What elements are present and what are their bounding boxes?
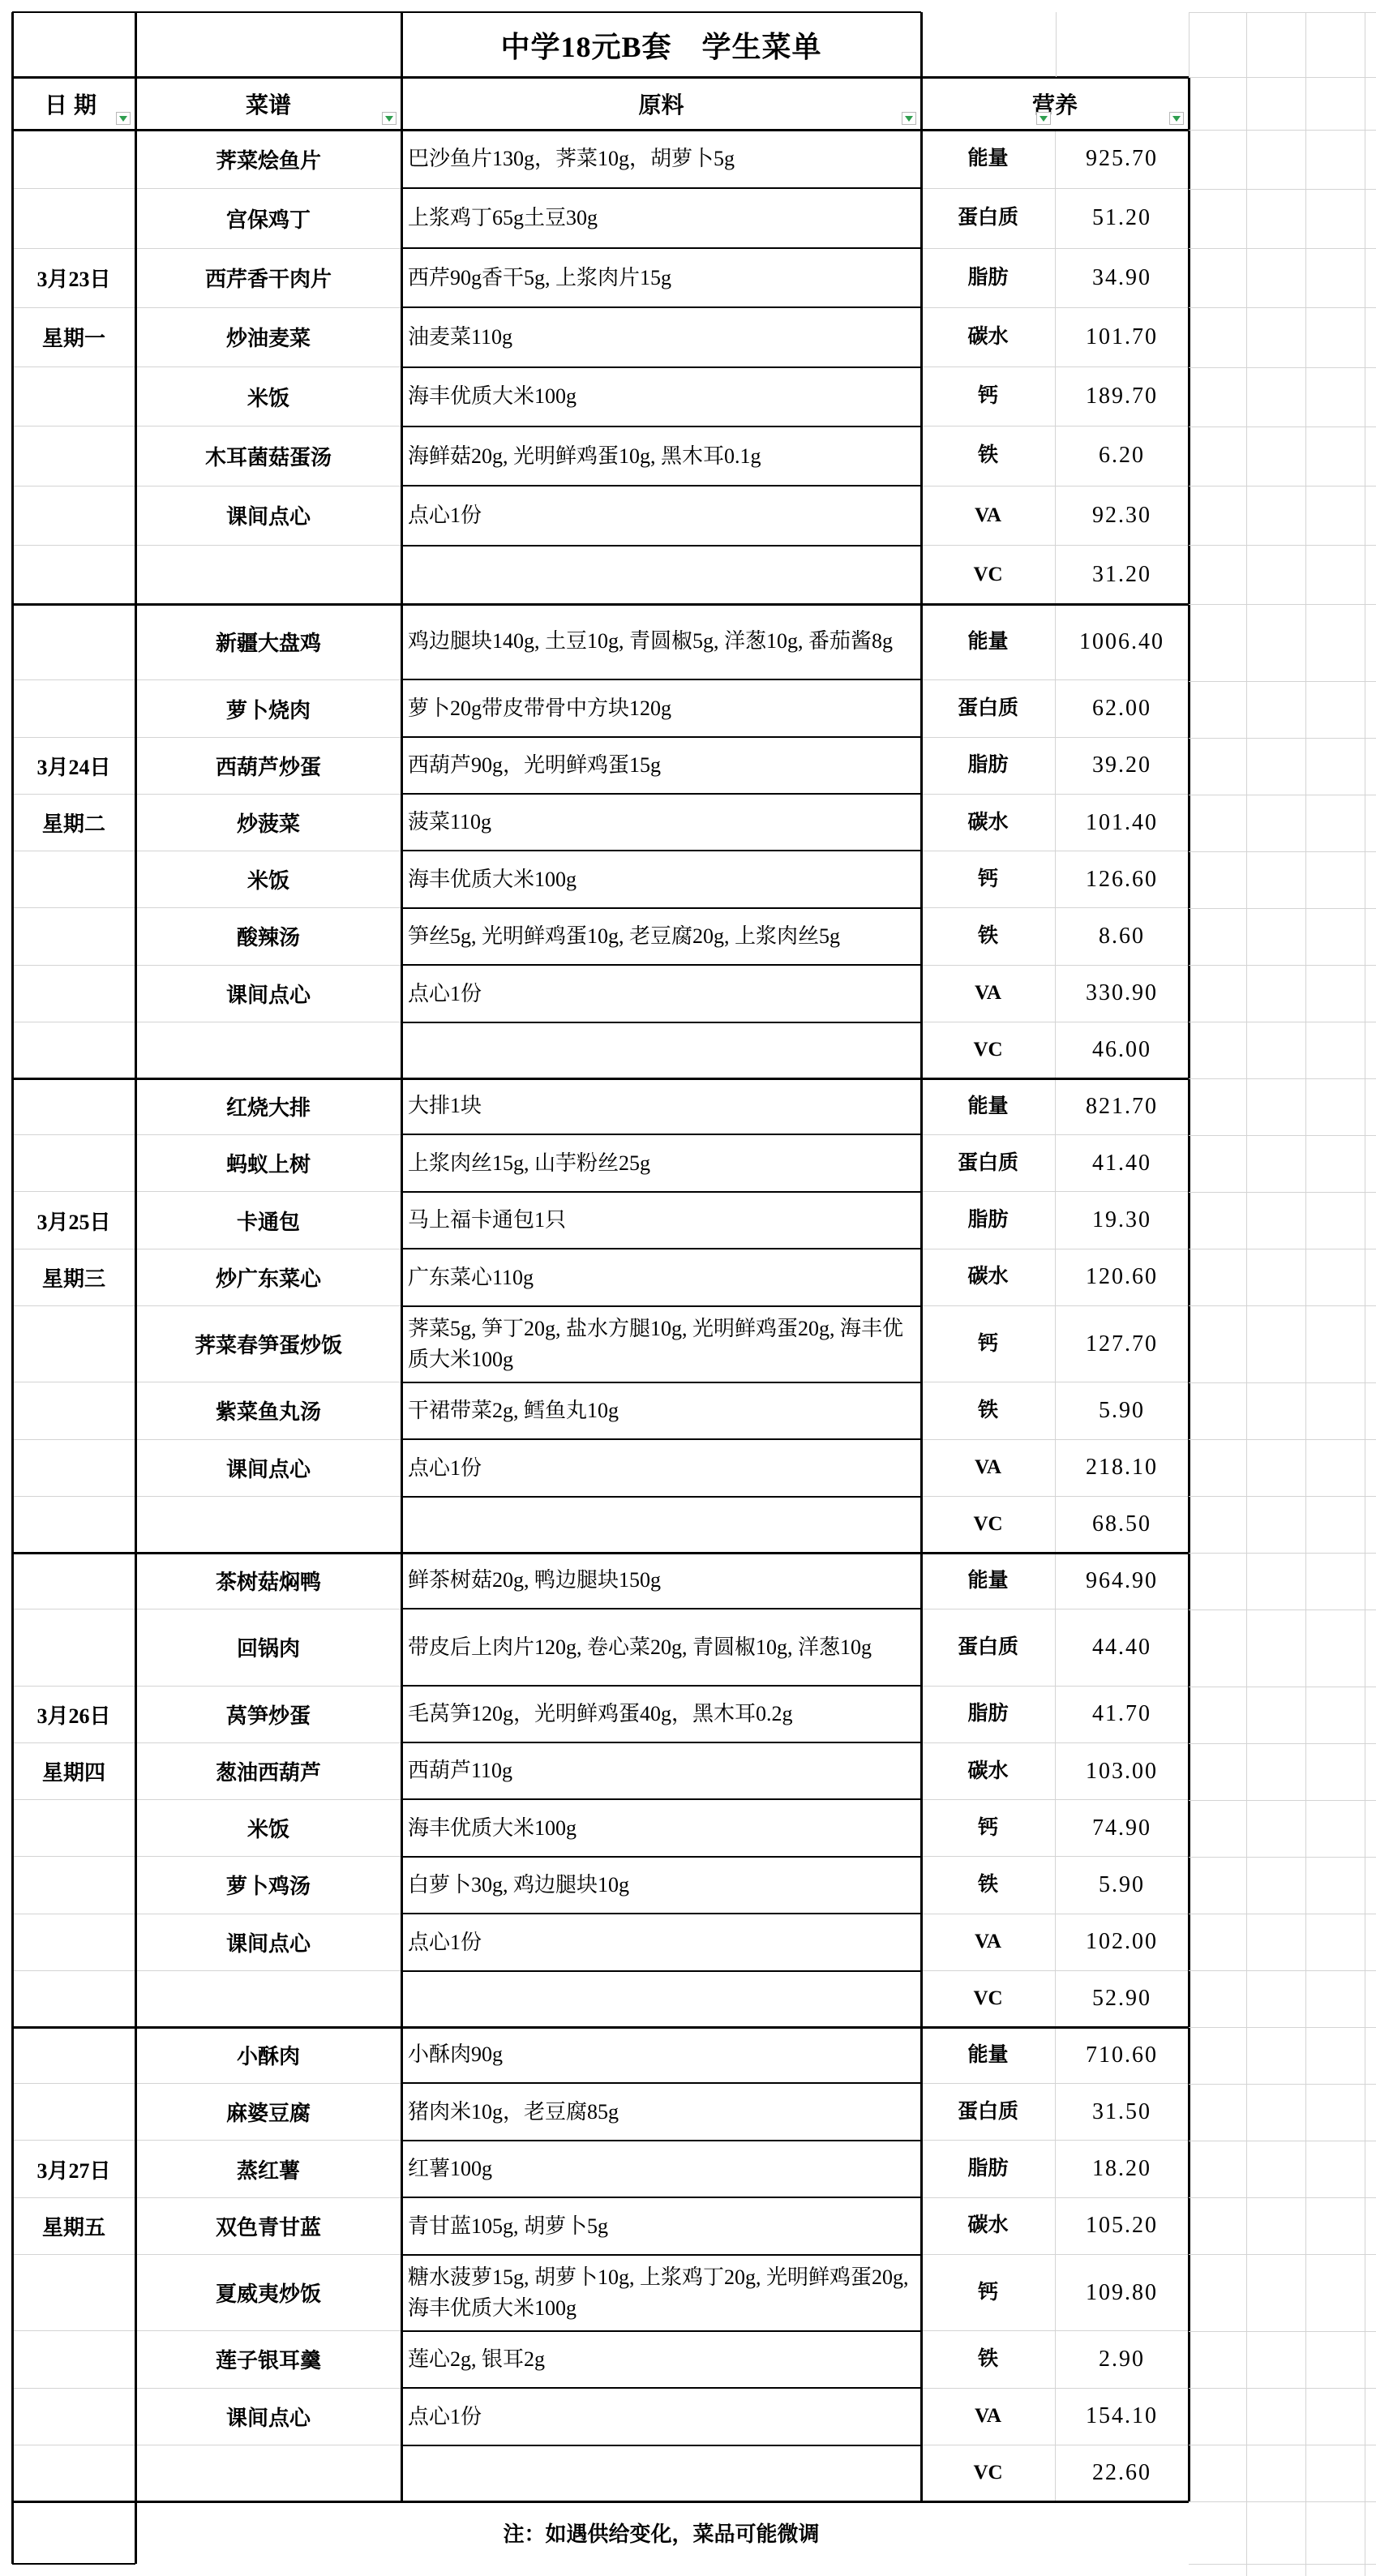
ingredient-cell: 毛莴笋120g，光明鲜鸡蛋40g，黑木耳0.2g [401,1685,921,1742]
date-cell [12,1022,135,1078]
nutrient-label-cell: 碳水（g） [921,2197,1055,2254]
filter-button-nutrition-label[interactable] [1036,112,1051,125]
ingredient-cell: 猪肉米10g，老豆腐85g [401,2082,921,2139]
nutrient-label-cell: 脂肪（g） [921,248,1055,307]
nutrient-value-cell: 120.60 [1056,1249,1188,1305]
dish-cell: 炒油麦菜 [135,307,401,366]
nutrient-value-cell: 31.50 [1056,2083,1188,2140]
nutrient-value-cell: 41.40 [1056,1134,1188,1191]
grid-line-h [1189,681,1376,682]
ingredient-cell: 干裙带菜2g, 鳕鱼丸10g [401,1382,921,1438]
nutrient-value-cell: 39.20 [1056,737,1188,794]
grid-line-h [1189,1249,1376,1249]
nutrient-value-cell: 101.70 [1056,307,1188,366]
date-cell [12,965,135,1022]
dish-cell: 课间点心 [135,1439,401,1496]
date-cell: 星期三 [12,1249,135,1305]
nutrient-label-cell: 蛋白质（g） [921,1609,1055,1685]
date-cell [12,1382,135,1438]
dish-cell: 炒菠菜 [135,794,401,851]
ingredient-cell: 荠菜5g, 笋丁20g, 盐水方腿10g, 光明鲜鸡蛋20g, 海丰优质大米10… [401,1305,921,1382]
dish-cell: 回锅肉 [135,1609,401,1685]
date-cell [12,1078,135,1134]
ingredient-cell: 海鲜菇20g, 光明鲜鸡蛋10g, 黑木耳0.1g [401,426,921,485]
dish-cell [135,545,401,604]
nutrient-label-cell: 碳水（g） [921,794,1055,851]
grid-line-h [1189,12,1376,13]
date-cell [12,1970,135,2027]
ingredient-cell: 鲜茶树菇20g, 鸭边腿块150g [401,1553,921,1608]
grid-line-h [12,2501,1189,2503]
ingredient-cell: 海丰优质大米100g [401,366,921,426]
grid-line-h [1189,77,1376,78]
day-block: 3月26日星期四茶树菇焖鸭回锅肉莴笋炒蛋葱油西葫芦米饭萝卜鸡汤课间点心鲜茶树菇2… [12,1553,1189,2027]
nutrient-label-cell: 钙（mg） [921,851,1055,907]
filter-button-date[interactable] [116,112,131,125]
ingredient-cell: 广东菜心110g [401,1248,921,1305]
grid-line-h [1189,1439,1376,1440]
column-header-menu: 菜谱 [135,77,401,130]
nutrient-value-cell: 31.20 [1056,545,1188,604]
ingredient-cell: 上浆肉丝15g, 山芋粉丝25g [401,1134,921,1190]
nutrient-label-cell: VA（μg） [921,486,1055,545]
nutrient-value-cell: 5.90 [1056,1856,1188,1913]
grid-line-h [1189,851,1376,852]
grid-line-h [1189,1496,1376,1497]
ingredient-cell: 油麦菜110g [401,306,921,366]
ingredient-cell: 莲心2g, 银耳2g [401,2330,921,2387]
dish-cell [135,1970,401,2027]
dish-cell: 卡通包 [135,1191,401,1248]
ingredient-cell: 海丰优质大米100g [401,850,921,907]
nutrient-label-cell: 铁（mg） [921,1856,1055,1913]
dish-cell [135,2445,401,2501]
nutrient-label-cell: 蛋白质（g） [921,188,1055,247]
date-cell [12,1496,135,1553]
grid-line-h [12,1078,1189,1080]
menu-day-blocks: 3月23日星期一荠菜烩鱼片宫保鸡丁西芹香干肉片炒油麦菜米饭木耳菌菇蛋汤课间点心巴… [12,130,1189,2501]
ingredient-cell: 西葫芦90g，光明鲜鸡蛋15g [401,736,921,793]
ingredient-cell: 带皮后上肉片120g, 卷心菜20g, 青圆椒10g, 洋葱10g [401,1608,921,1684]
grid-line-h [1189,1192,1376,1193]
date-cell: 3月27日 [12,2140,135,2197]
ingredient-cell [401,1022,921,1078]
grid-line-v [920,12,923,2501]
dish-cell: 新疆大盘鸡 [135,604,401,679]
date-cell: 星期四 [12,1742,135,1799]
date-cell: 3月23日 [12,248,135,307]
ingredient-cell [401,545,921,604]
dish-cell: 米饭 [135,851,401,907]
ingredient-cell: 点心1份 [401,485,921,544]
nutrient-value-cell: 964.90 [1056,1553,1188,1609]
dish-cell: 米饭 [135,366,401,426]
dish-cell: 小酥肉 [135,2027,401,2083]
nutrient-label-cell: VA（μg） [921,1439,1055,1496]
nutrient-label-cell: VA（μg） [921,2388,1055,2445]
dish-cell: 宫保鸡丁 [135,188,401,247]
date-cell [12,1856,135,1913]
nutrient-value-cell: 41.70 [1056,1686,1188,1742]
dish-cell: 萝卜烧肉 [135,679,401,736]
dish-cell: 蚂蚁上树 [135,1134,401,1191]
grid-line-h [1189,1800,1376,1801]
grid-line-h [12,11,921,13]
nutrient-label-cell: VA（μg） [921,965,1055,1022]
ingredient-cell [401,1496,921,1553]
day-block: 3月24日星期二新疆大盘鸡萝卜烧肉西葫芦炒蛋炒菠菜米饭酸辣汤课间点心鸡边腿块14… [12,604,1189,1078]
nutrient-value-cell: 154.10 [1056,2388,1188,2445]
dish-cell: 课间点心 [135,965,401,1022]
dish-cell: 蒸红薯 [135,2140,401,2197]
nutrient-value-cell: 102.00 [1056,1914,1188,1970]
filter-button-ingredients[interactable] [902,112,916,125]
nutrient-value-cell: 330.90 [1056,965,1188,1022]
grid-line-h [12,129,1189,131]
nutrient-value-cell: 218.10 [1056,1439,1188,1496]
grid-line-h [12,2563,135,2565]
nutrient-value-cell: 44.40 [1056,1609,1188,1685]
date-cell [12,1134,135,1191]
date-cell: 3月24日 [12,737,135,794]
date-cell [12,1305,135,1382]
dish-cell: 紫菜鱼丸汤 [135,1382,401,1438]
date-cell [12,604,135,679]
ingredient-cell: 鸡边腿块140g, 土豆10g, 青圆椒5g, 洋葱10g, 番茄酱8g [401,604,921,679]
ingredient-cell: 点心1份 [401,964,921,1021]
date-cell [12,1553,135,1609]
grid-line-h [1189,1609,1376,1610]
nutrient-label-cell: 碳水（g） [921,1249,1055,1305]
grid-line-h [1189,248,1376,249]
nutrient-value-cell: 92.30 [1056,486,1188,545]
filter-button-menu[interactable] [382,112,397,125]
ingredient-cell: 红薯100g [401,2140,921,2197]
nutrient-value-cell: 6.20 [1056,426,1188,485]
nutrient-value-cell: 8.60 [1056,907,1188,964]
nutrient-label-cell: VC（mg） [921,1022,1055,1078]
nutrient-label-cell: 蛋白质（g） [921,1134,1055,1191]
dish-cell: 麻婆豆腐 [135,2083,401,2140]
filter-arrow-icon [1172,116,1181,122]
grid-line-v [401,12,403,2501]
nutrient-label-cell: 铁（mg） [921,1382,1055,1438]
nutrient-value-cell: 18.20 [1056,2140,1188,2197]
nutrient-label-cell: 蛋白质（g） [921,679,1055,736]
nutrient-value-cell: 710.60 [1056,2027,1188,2083]
grid-line-v [1246,12,1247,2576]
grid-line-v [1305,12,1306,2576]
nutrient-label-cell: 脂肪（g） [921,737,1055,794]
ingredient-cell: 点心1份 [401,1913,921,1970]
date-cell [12,1914,135,1970]
nutrient-value-cell: 821.70 [1056,1078,1188,1134]
date-cell [12,679,135,736]
grid-line-h [1189,2445,1376,2445]
date-cell: 3月26日 [12,1686,135,1742]
ingredient-cell: 萝卜20g带皮带骨中方块120g [401,679,921,735]
grid-line-h [12,76,1189,79]
nutrient-value-cell: 51.20 [1056,188,1188,247]
grid-line-h [1189,738,1376,739]
nutrient-value-cell: 74.90 [1056,1799,1188,1856]
ingredient-cell: 笋丝5g, 光明鲜鸡蛋10g, 老豆腐20g, 上浆肉丝5g [401,907,921,964]
nutrient-label-cell: 脂肪（g） [921,1191,1055,1248]
grid-line-h [1189,2388,1376,2389]
nutrient-label-cell: 钙（mg） [921,1305,1055,1382]
nutrient-label-cell: VA（μg） [921,1914,1055,1970]
dish-cell: 夏威夷炒饭 [135,2254,401,2330]
date-cell [12,1439,135,1496]
filter-arrow-icon [1040,116,1048,122]
grid-line-h [1189,1687,1376,1687]
dish-cell: 萝卜鸡汤 [135,1856,401,1913]
filter-arrow-icon [905,116,913,122]
grid-line-h [1189,189,1376,190]
ingredient-cell: 点心1份 [401,2387,921,2444]
dish-cell [135,1496,401,1553]
date-cell [12,366,135,426]
ingredient-cell: 菠菜110g [401,793,921,850]
date-cell: 星期二 [12,794,135,851]
nutrient-label-cell: 脂肪（g） [921,2140,1055,2197]
grid-line-h [1189,2564,1376,2565]
date-cell [12,188,135,247]
dish-cell: 课间点心 [135,2388,401,2445]
dish-cell: 双色青甘蓝 [135,2197,401,2254]
nutrient-label-cell: 钙（mg） [921,1799,1055,1856]
nutrient-value-cell: 46.00 [1056,1022,1188,1078]
nutrient-label-cell: 铁（mg） [921,907,1055,964]
nutrient-label-cell: 碳水（g） [921,307,1055,366]
nutrient-value-cell: 2.90 [1056,2330,1188,2387]
nutrient-label-cell: VC（mg） [921,1970,1055,2027]
spreadsheet-menu-sheet: 中学18元B套 学生菜单 日期 菜谱 原料 营养 3月23日星期一荠菜烩鱼片宫保… [0,0,1376,2576]
ingredient-cell: 海丰优质大米100g [401,1798,921,1855]
grid-line-h [1189,908,1376,909]
date-cell [12,2388,135,2445]
grid-line-v [135,12,137,2564]
filter-button-nutrition-value[interactable] [1169,112,1184,125]
dish-cell: 茶树菇焖鸭 [135,1553,401,1609]
nutrient-label-cell: VC（mg） [921,545,1055,604]
nutrient-value-cell: 126.60 [1056,851,1188,907]
nutrient-value-cell: 925.70 [1056,130,1188,188]
grid-line-v [1365,12,1365,2576]
nutrient-label-cell: 能量（kcal） [921,1553,1055,1609]
footer-note: 注：如遇供给变化，菜品可能微调 [401,2501,921,2564]
grid-line-h [1189,2197,1376,2198]
dish-cell: 葱油西葫芦 [135,1742,401,1799]
grid-line-v [11,12,14,2564]
date-cell: 星期五 [12,2197,135,2254]
day-block: 3月25日星期三红烧大排蚂蚁上树卡通包炒广东菜心荠菜春笋蛋炒饭紫菜鱼丸汤课间点心… [12,1078,1189,1553]
grid-line-h [1189,2084,1376,2085]
nutrient-value-cell: 19.30 [1056,1191,1188,1248]
dish-cell [135,1022,401,1078]
nutrient-label-cell: 铁（mg） [921,426,1055,485]
grid-line-h [1189,1743,1376,1744]
dish-cell: 炒广东菜心 [135,1249,401,1305]
grid-line-h [1189,2501,1376,2502]
day-block: 3月27日星期五小酥肉麻婆豆腐蒸红薯双色青甘蓝夏威夷炒饭莲子银耳羹课间点心小酥肉… [12,2027,1189,2501]
nutrient-value-cell: 22.60 [1056,2445,1188,2501]
nutrient-value-cell: 101.40 [1056,794,1188,851]
nutrient-label-cell: 钙（mg） [921,366,1055,426]
nutrient-value-cell: 1006.40 [1056,604,1188,679]
grid-line-h [1189,1305,1376,1306]
ingredient-cell [401,2445,921,2501]
nutrient-label-cell: VC（mg） [921,1496,1055,1553]
ingredient-cell: 西芹90g香干5g, 上浆肉片15g [401,247,921,306]
grid-line-h [12,603,1189,606]
nutrient-value-cell: 5.90 [1056,1382,1188,1438]
grid-line-h [1189,2027,1376,2028]
grid-line-h [1189,1553,1376,1554]
grid-line-h [1189,965,1376,966]
dish-cell: 课间点心 [135,486,401,545]
grid-line-v [1188,77,1190,2501]
grid-line-h [1189,2141,1376,2141]
ingredient-cell [401,1970,921,2027]
grid-line-h [1189,604,1376,605]
grid-line-h [1189,130,1376,131]
grid-line-h [1189,1857,1376,1858]
dish-cell: 西葫芦炒蛋 [135,737,401,794]
dish-cell: 莲子银耳羹 [135,2330,401,2387]
grid-line-h [1189,1078,1376,1079]
grid-line-h [1189,795,1376,795]
dish-cell: 米饭 [135,1799,401,1856]
nutrient-label-cell: 能量（kcal） [921,2027,1055,2083]
nutrient-label-cell: 铁（mg） [921,2330,1055,2387]
ingredient-cell: 点心1份 [401,1438,921,1495]
dish-cell: 荠菜春笋蛋炒饭 [135,1305,401,1382]
nutrient-value-cell: 68.50 [1056,1496,1188,1553]
date-cell [12,1609,135,1685]
nutrient-value-cell: 103.00 [1056,1742,1188,1799]
grid-line-h [1189,486,1376,486]
column-header-nutrition: 营养 [921,77,1189,130]
grid-line-h [1189,1970,1376,1971]
ingredient-cell: 马上福卡通包1只 [401,1191,921,1248]
nutrient-label-cell: 能量（kcal） [921,130,1055,188]
ingredient-cell: 糖水菠萝15g, 胡萝卜10g, 上浆鸡丁20g, 光明鲜鸡蛋20g, 海丰优质… [401,2254,921,2330]
page-title: 中学18元B套 学生菜单 [401,12,921,77]
nutrient-label-cell: 能量（kcal） [921,1078,1055,1134]
date-cell [12,2330,135,2387]
grid-line-h [1189,1382,1376,1383]
ingredient-cell: 大排1块 [401,1078,921,1134]
ingredient-cell: 上浆鸡丁65g土豆30g [401,187,921,246]
dish-cell: 木耳菌菇蛋汤 [135,426,401,485]
grid-line-h [1189,426,1376,427]
nutrient-value-cell: 127.70 [1056,1305,1188,1382]
grid-line-v [1056,12,1057,77]
nutrient-label-cell: 钙（mg） [921,2254,1055,2330]
date-cell [12,545,135,604]
dish-cell: 酸辣汤 [135,907,401,964]
nutrient-label-cell: 蛋白质（g） [921,2083,1055,2140]
dish-cell: 莴笋炒蛋 [135,1686,401,1742]
dish-cell: 西芹香干肉片 [135,248,401,307]
date-cell: 3月25日 [12,1191,135,1248]
nutrient-value-cell: 189.70 [1056,366,1188,426]
nutrient-value-cell: 105.20 [1056,2197,1188,2254]
date-cell [12,2083,135,2140]
filter-arrow-icon [385,116,393,122]
grid-line-h [1189,307,1376,308]
ingredient-cell: 白萝卜30g, 鸡边腿块10g [401,1856,921,1913]
ingredient-cell: 小酥肉90g [401,2027,921,2082]
nutrient-label-cell: 脂肪（g） [921,1686,1055,1742]
date-cell [12,1799,135,1856]
grid-line-h [12,2026,1189,2029]
dish-cell: 红烧大排 [135,1078,401,1134]
date-cell [12,486,135,545]
grid-line-v [1189,12,1190,77]
grid-line-h [1189,545,1376,546]
date-cell [12,2445,135,2501]
grid-line-h [1189,1022,1376,1022]
dish-cell: 荠菜烩鱼片 [135,130,401,188]
filter-arrow-icon [119,116,127,122]
grid-line-h [12,1552,1189,1554]
nutrient-label-cell: 碳水（g） [921,1742,1055,1799]
date-cell [12,2254,135,2330]
date-cell: 星期一 [12,307,135,366]
date-cell [12,426,135,485]
nutrient-value-cell: 62.00 [1056,679,1188,736]
nutrient-value-cell: 52.90 [1056,1970,1188,2027]
date-cell [12,130,135,188]
grid-line-h [1189,2331,1376,2332]
ingredient-cell: 西葫芦110g [401,1742,921,1798]
date-cell [12,907,135,964]
nutrient-value-cell: 109.80 [1056,2254,1188,2330]
nutrient-value-cell: 34.90 [1056,248,1188,307]
dish-cell: 课间点心 [135,1914,401,1970]
column-header-ingredients: 原料 [401,77,921,130]
grid-line-h [1189,2254,1376,2255]
nutrient-label-cell: VC（mg） [921,2445,1055,2501]
date-cell [12,851,135,907]
grid-line-h [1189,1135,1376,1136]
nutrient-label-cell: 能量（kcal） [921,604,1055,679]
grid-line-h [1189,1914,1376,1914]
date-cell [12,2027,135,2083]
grid-line-h [1189,367,1376,368]
ingredient-cell: 青甘蓝105g, 胡萝卜5g [401,2197,921,2253]
ingredient-cell: 巴沙鱼片130g，荠菜10g，胡萝卜5g [401,130,921,187]
day-block: 3月23日星期一荠菜烩鱼片宫保鸡丁西芹香干肉片炒油麦菜米饭木耳菌菇蛋汤课间点心巴… [12,130,1189,604]
